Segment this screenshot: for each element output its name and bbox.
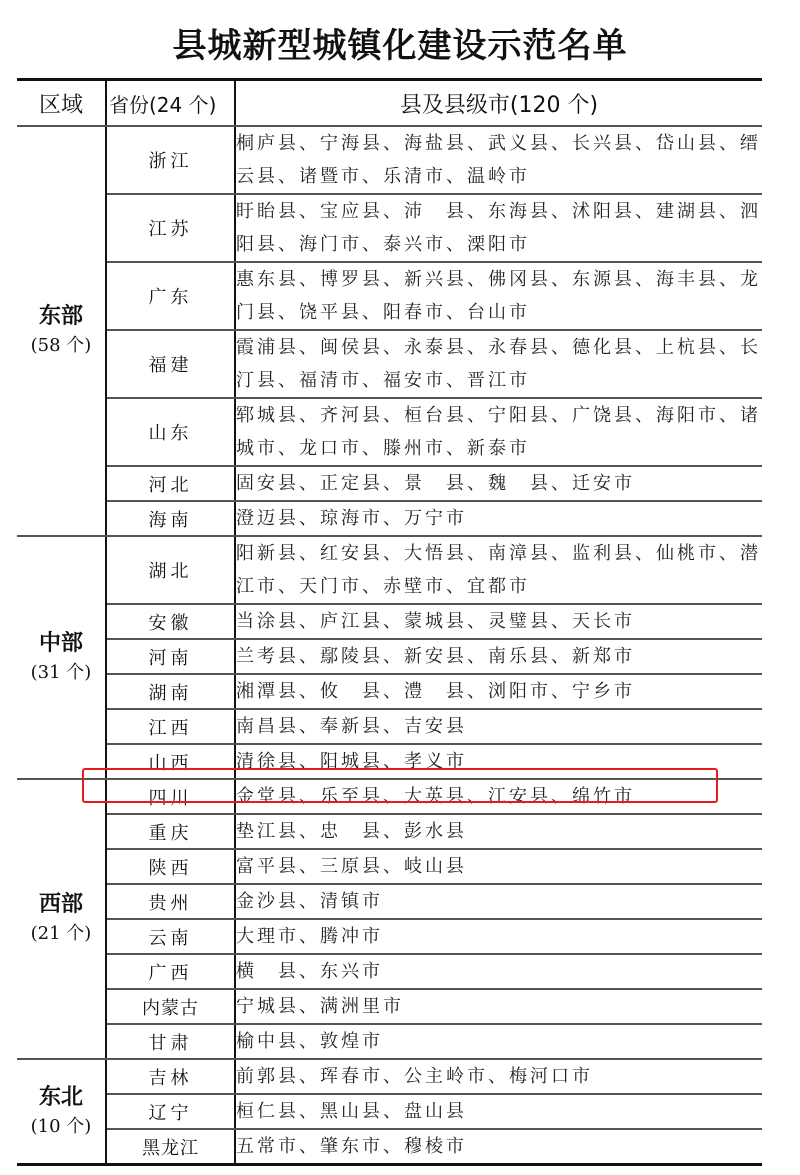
city-list: 富平县、三原县、岐山县 [235,849,762,884]
table-row: 安徽 当涂县、庐江县、蒙城县、灵璧县、天长市 [17,604,762,639]
region-cell-northeast: 东北 (10 个) [17,1059,106,1165]
table-row: 山西 清徐县、阳城县、孝义市 [17,744,762,779]
province-name: 山东 [106,398,235,466]
province-name: 甘肃 [106,1024,235,1059]
header-cities: 县及县级市(120 个) [235,80,762,127]
table-row: 黑龙江 五常市、肇东市、穆棱市 [17,1129,762,1165]
province-name: 辽宁 [106,1094,235,1129]
province-name: 安徽 [106,604,235,639]
region-count: (10 个) [17,1113,105,1141]
province-name: 河北 [106,466,235,501]
province-name: 广东 [106,262,235,330]
table-row: 陕西 富平县、三原县、岐山县 [17,849,762,884]
region-name: 中部 [17,629,105,659]
city-list: 横 县、东兴市 [235,954,762,989]
table-row: 广西 横 县、东兴市 [17,954,762,989]
city-list: 五常市、肇东市、穆棱市 [235,1129,762,1165]
province-name: 广西 [106,954,235,989]
region-cell-east: 东部 (58 个) [17,126,106,536]
region-name: 东北 [17,1083,105,1113]
province-name: 贵州 [106,884,235,919]
table-header-row: 区域 省份(24 个) 县及县级市(120 个) [17,80,762,127]
city-list: 桓仁县、黑山县、盘山县 [235,1094,762,1129]
city-list: 盱眙县、宝应县、沛 县、东海县、沭阳县、建湖县、泗阳县、海门市、泰兴市、溧阳市 [235,194,762,262]
header-region: 区域 [17,80,106,127]
table-row: 山东 郓城县、齐河县、桓台县、宁阳县、广饶县、海阳市、诸城市、龙口市、滕州市、新… [17,398,762,466]
city-list: 兰考县、鄢陵县、新安县、南乐县、新郑市 [235,639,762,674]
province-name: 黑龙江 [106,1129,235,1165]
city-list: 南昌县、奉新县、吉安县 [235,709,762,744]
province-name: 云南 [106,919,235,954]
table-row: 河南 兰考县、鄢陵县、新安县、南乐县、新郑市 [17,639,762,674]
table-row: 福建 霞浦县、闽侯县、永泰县、永春县、德化县、上杭县、长汀县、福清市、福安市、晋… [17,330,762,398]
province-name: 湖南 [106,674,235,709]
province-name: 山西 [106,744,235,779]
region-name: 东部 [17,302,105,332]
province-name: 内蒙古 [106,989,235,1024]
table-row: 湖南 湘潭县、攸 县、澧 县、浏阳市、宁乡市 [17,674,762,709]
city-list: 榆中县、敦煌市 [235,1024,762,1059]
city-list: 霞浦县、闽侯县、永泰县、永春县、德化县、上杭县、长汀县、福清市、福安市、晋江市 [235,330,762,398]
city-list: 清徐县、阳城县、孝义市 [235,744,762,779]
province-name: 河南 [106,639,235,674]
document-title: 县城新型城镇化建设示范名单 [0,18,800,67]
city-list: 固安县、正定县、景 县、魏 县、迁安市 [235,466,762,501]
region-cell-west: 西部 (21 个) [17,779,106,1059]
header-province: 省份(24 个) [106,80,235,127]
city-list: 金沙县、清镇市 [235,884,762,919]
table-row: 东部 (58 个) 浙江 桐庐县、宁海县、海盐县、武义县、长兴县、岱山县、缙云县… [17,126,762,194]
region-count: (21 个) [17,920,105,948]
table-row: 广东 惠东县、博罗县、新兴县、佛冈县、东源县、海丰县、龙门县、饶平县、阳春市、台… [17,262,762,330]
table-row: 贵州 金沙县、清镇市 [17,884,762,919]
table-row-highlighted: 西部 (21 个) 四川 金堂县、乐至县、大英县、江安县、绵竹市 [17,779,762,814]
province-name: 四川 [106,779,235,814]
city-list: 湘潭县、攸 县、澧 县、浏阳市、宁乡市 [235,674,762,709]
province-name: 海南 [106,501,235,536]
province-name: 湖北 [106,536,235,604]
city-list: 惠东县、博罗县、新兴县、佛冈县、东源县、海丰县、龙门县、饶平县、阳春市、台山市 [235,262,762,330]
city-list: 阳新县、红安县、大悟县、南漳县、监利县、仙桃市、潜江市、天门市、赤壁市、宜都市 [235,536,762,604]
table-row: 河北 固安县、正定县、景 县、魏 县、迁安市 [17,466,762,501]
province-name: 陕西 [106,849,235,884]
province-name: 吉林 [106,1059,235,1094]
province-name: 江西 [106,709,235,744]
city-list: 桐庐县、宁海县、海盐县、武义县、长兴县、岱山县、缙云县、诸暨市、乐清市、温岭市 [235,126,762,194]
province-name: 浙江 [106,126,235,194]
city-list: 大理市、腾冲市 [235,919,762,954]
table-row: 甘肃 榆中县、敦煌市 [17,1024,762,1059]
province-name: 江苏 [106,194,235,262]
table-row: 重庆 垫江县、忠 县、彭水县 [17,814,762,849]
table-row: 内蒙古 宁城县、满洲里市 [17,989,762,1024]
city-list: 当涂县、庐江县、蒙城县、灵璧县、天长市 [235,604,762,639]
table-row: 中部 (31 个) 湖北 阳新县、红安县、大悟县、南漳县、监利县、仙桃市、潜江市… [17,536,762,604]
city-list: 前郭县、珲春市、公主岭市、梅河口市 [235,1059,762,1094]
table-row: 辽宁 桓仁县、黑山县、盘山县 [17,1094,762,1129]
province-name: 重庆 [106,814,235,849]
region-cell-central: 中部 (31 个) [17,536,106,779]
table-row: 云南 大理市、腾冲市 [17,919,762,954]
region-count: (31 个) [17,659,105,687]
province-name: 福建 [106,330,235,398]
table-row: 江苏 盱眙县、宝应县、沛 县、东海县、沭阳县、建湖县、泗阳县、海门市、泰兴市、溧… [17,194,762,262]
table-row: 东北 (10 个) 吉林 前郭县、珲春市、公主岭市、梅河口市 [17,1059,762,1094]
region-name: 西部 [17,890,105,920]
demonstration-list-table: 区域 省份(24 个) 县及县级市(120 个) 东部 (58 个) 浙江 桐庐… [17,78,762,1166]
city-list: 金堂县、乐至县、大英县、江安县、绵竹市 [235,779,762,814]
region-count: (58 个) [17,332,105,360]
city-list: 垫江县、忠 县、彭水县 [235,814,762,849]
city-list: 郓城县、齐河县、桓台县、宁阳县、广饶县、海阳市、诸城市、龙口市、滕州市、新泰市 [235,398,762,466]
city-list: 澄迈县、琼海市、万宁市 [235,501,762,536]
table-row: 海南 澄迈县、琼海市、万宁市 [17,501,762,536]
table-row: 江西 南昌县、奉新县、吉安县 [17,709,762,744]
city-list: 宁城县、满洲里市 [235,989,762,1024]
